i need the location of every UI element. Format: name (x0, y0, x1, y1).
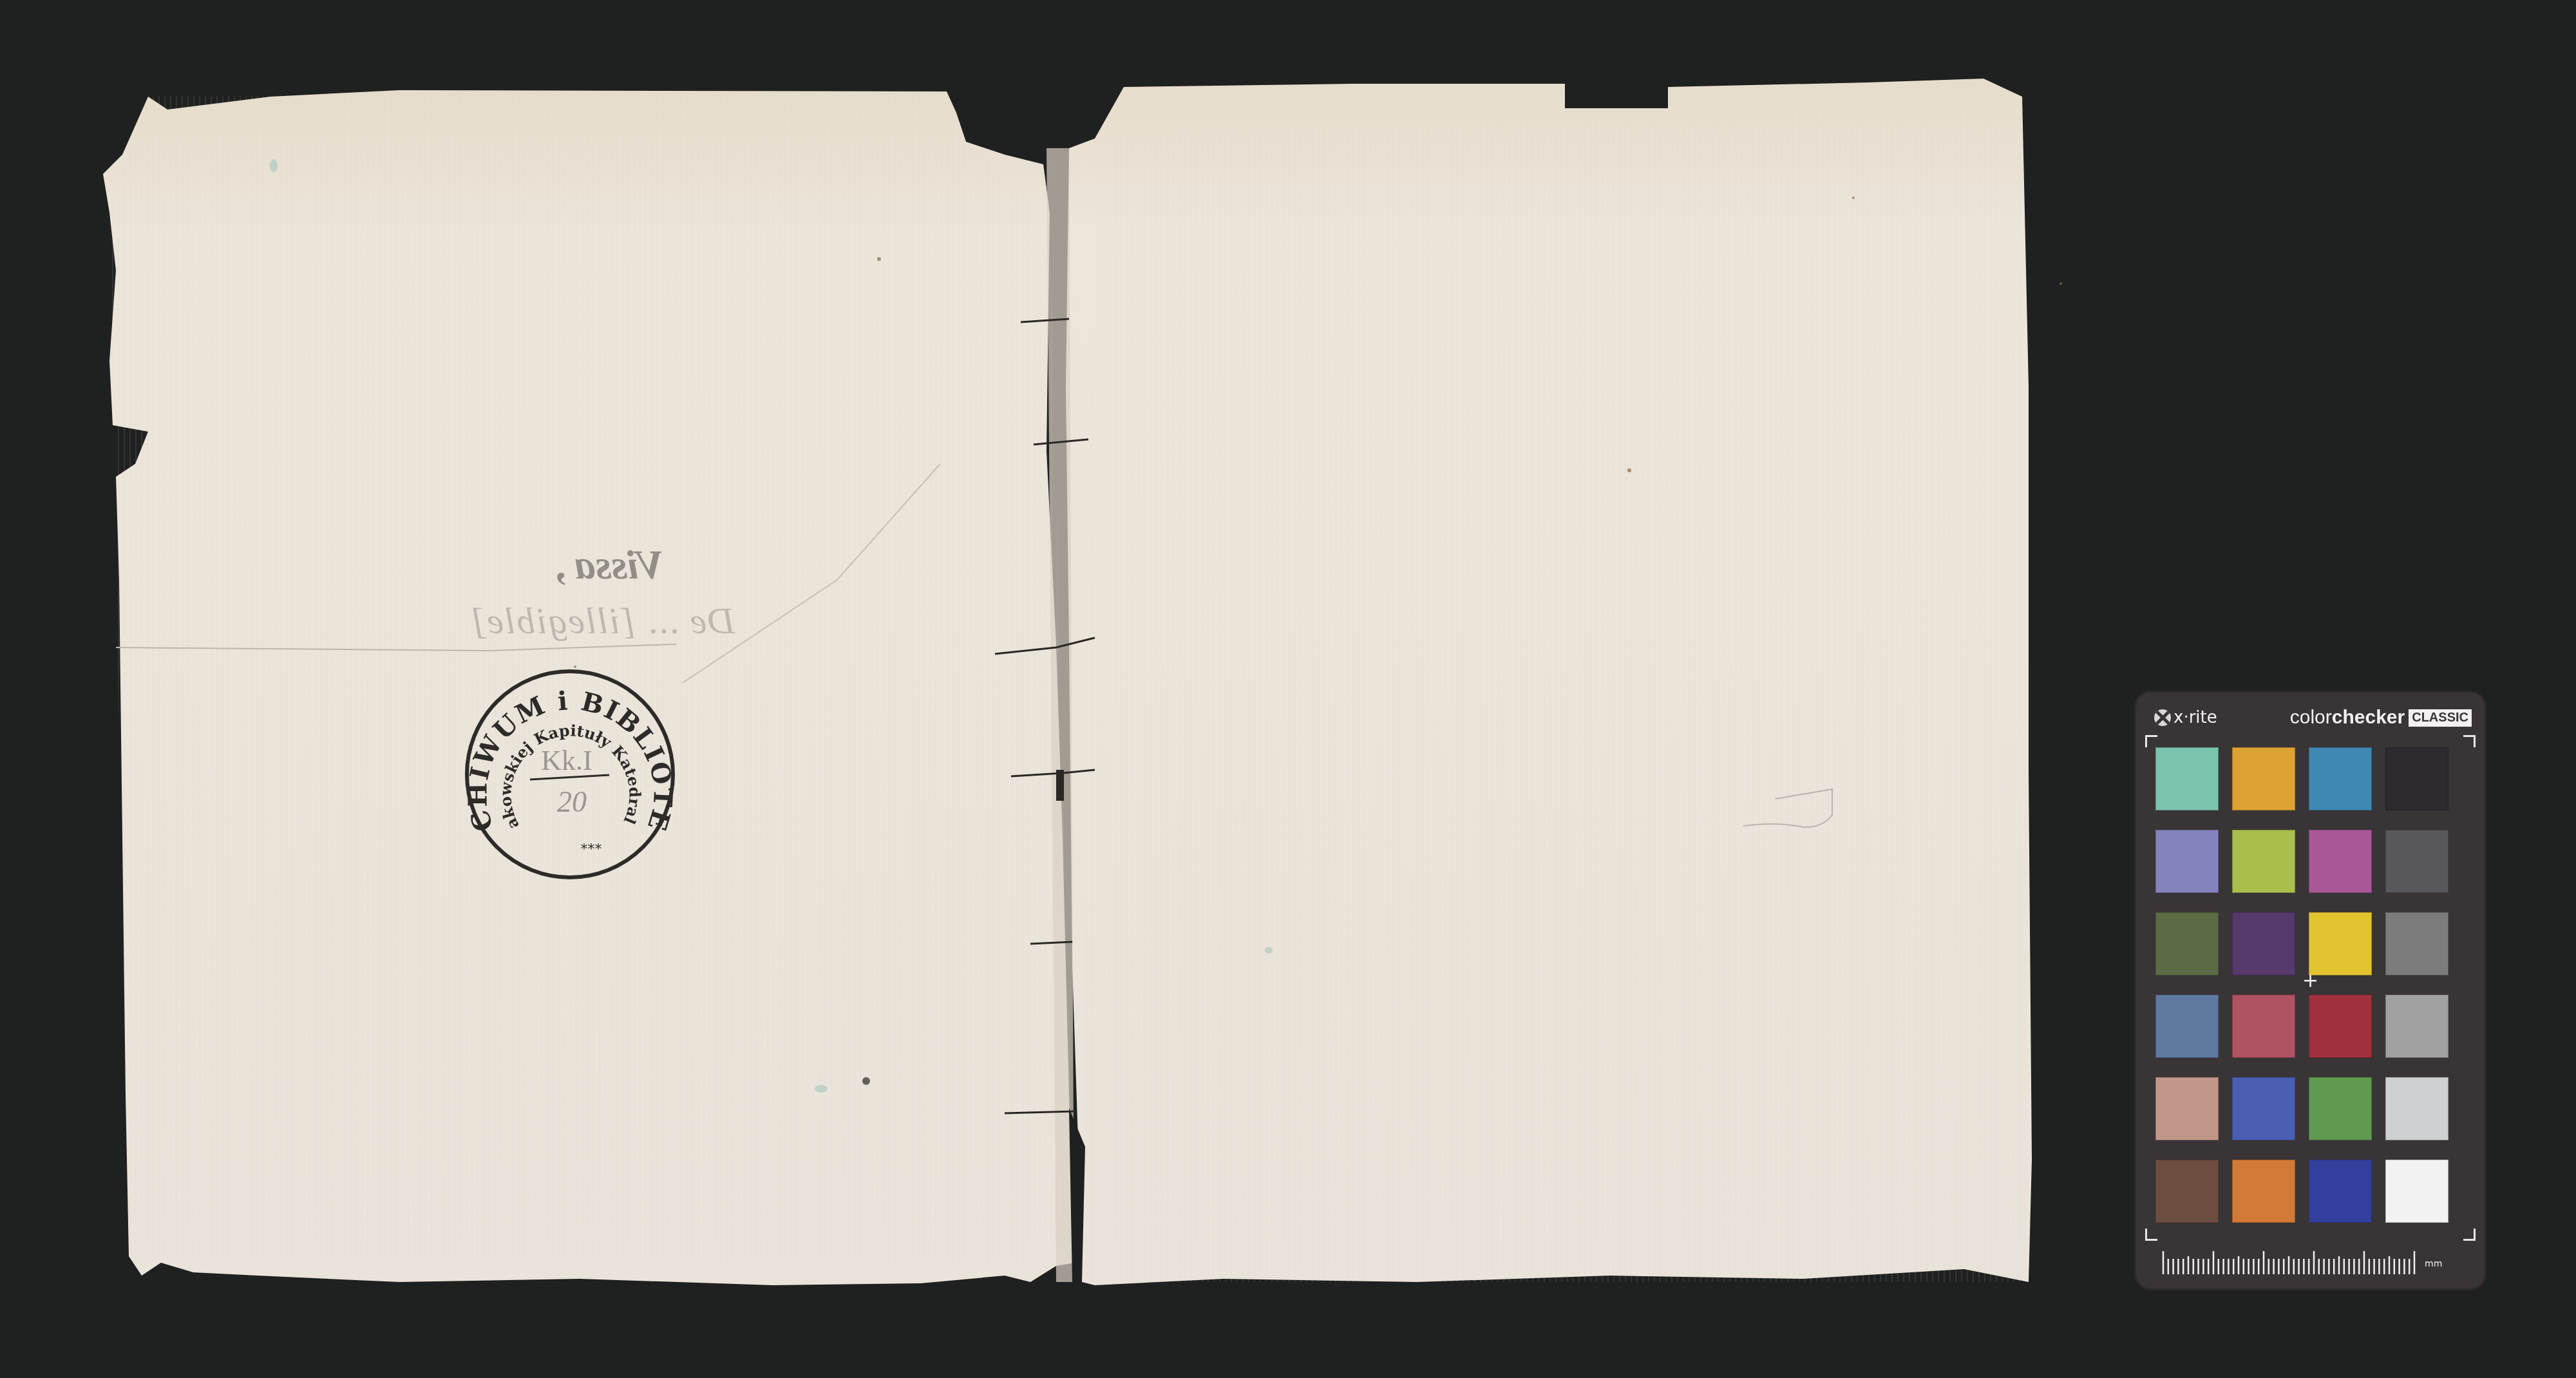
color-patch (2232, 995, 2295, 1058)
color-patch (2309, 1160, 2372, 1223)
registration-corner-icon (2145, 1229, 2157, 1241)
classic-badge: CLASSIC (2409, 709, 2472, 727)
color-patch (2309, 1077, 2372, 1140)
registration-corner-icon (2463, 735, 2476, 747)
stamp-ornament: *** (581, 841, 602, 857)
color-patch (2155, 1160, 2219, 1223)
document-scan: Vissa , De ... [illegible] ARCHIWUM i BI… (0, 0, 2576, 1378)
registration-corner-icon (2145, 735, 2157, 747)
color-patch (2385, 747, 2448, 810)
colorchecker-title: color checker CLASSIC (2290, 707, 2472, 729)
color-patch (2309, 830, 2372, 893)
color-patch (2232, 912, 2295, 975)
color-patch (2232, 1160, 2295, 1223)
color-patch (2232, 830, 2295, 893)
colorchecker-title-light: color (2290, 707, 2332, 729)
xrite-logo: x·rite (2154, 708, 2217, 727)
color-patch (2155, 912, 2219, 975)
color-patch (2385, 912, 2448, 975)
ruler-unit-label: mm (2425, 1259, 2442, 1269)
bleed-through-text-line-2: De ... [illegible] (470, 599, 735, 642)
registration-corner-icon (2463, 1229, 2476, 1241)
color-patch (2155, 1077, 2219, 1140)
color-patch (2155, 747, 2219, 810)
colorchecker-title-bold: checker (2332, 707, 2405, 729)
color-patch (2309, 995, 2372, 1058)
shelfmark-bottom: 20 (557, 785, 587, 818)
color-patch (2385, 1160, 2448, 1223)
color-patch (2385, 995, 2448, 1058)
color-patch (2385, 830, 2448, 893)
color-patch (2232, 1077, 2295, 1140)
color-patch (2155, 995, 2219, 1058)
shelfmark-top: Kk.I (541, 745, 592, 776)
color-patch (2232, 747, 2295, 810)
color-patch (2385, 1077, 2448, 1140)
crosshair-icon: + (2302, 971, 2318, 991)
xrite-brand-text: x·rite (2173, 708, 2217, 727)
mm-ruler (2162, 1249, 2420, 1274)
xrite-logo-icon (2154, 709, 2171, 726)
bleed-through-text-line-1: Vissa , (554, 541, 664, 589)
archive-stamp: ARCHIWUM i BIBLIOTEKA Krakowskiej Kapitu… (462, 667, 678, 883)
color-patch (2309, 912, 2372, 975)
color-patch (2309, 747, 2372, 810)
checker-header: x·rite color checker CLASSIC (2136, 705, 2485, 731)
color-patch (2155, 830, 2219, 893)
color-checker-card: x·rite color checker CLASSIC + mm (2136, 693, 2485, 1288)
